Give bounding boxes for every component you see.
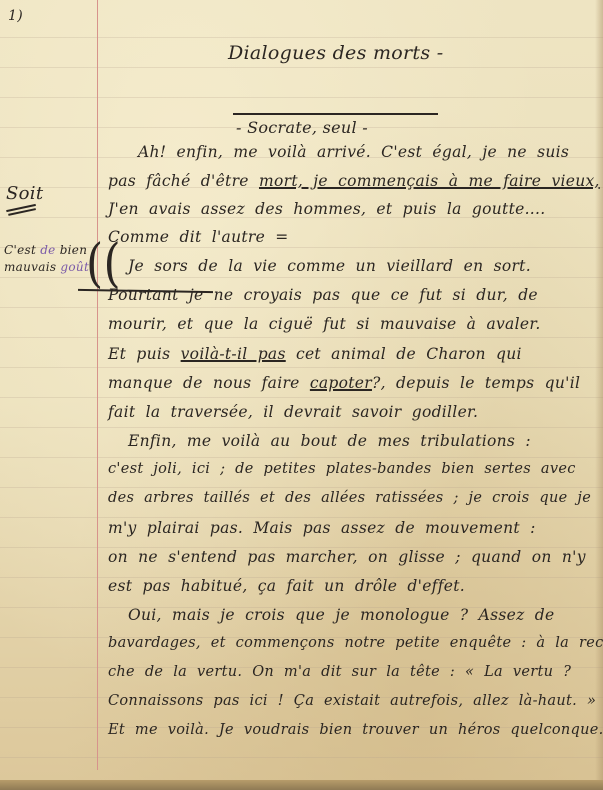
margin-note-taste-line2: mauvais goût. <box>4 260 93 274</box>
title-underline <box>233 113 438 115</box>
paper-bottom-edge <box>0 780 603 790</box>
page-title: Dialogues des morts - <box>228 42 443 64</box>
text-line: m'y plairai pas. Mais pas assez de mouve… <box>108 519 536 537</box>
text-line: fait la traversée, il devrait savoir god… <box>108 403 478 421</box>
text-line: Et me voilà. Je voudrais bien trouver un… <box>108 722 603 738</box>
text-line: Oui, mais je crois que je monologue ? As… <box>128 606 555 624</box>
scene-heading: - Socrate, seul - <box>236 118 368 137</box>
margin-note-soit: Soit <box>6 183 43 204</box>
text-line: J'en avais assez des hommes, et puis la … <box>108 200 546 218</box>
text-line: pas fâché d'être mort, je commençais à m… <box>108 172 600 190</box>
text-line: bavardages, et commençons notre petite e… <box>108 635 603 651</box>
text-line: c'est joli, ici ; de petites plates-band… <box>108 461 576 477</box>
text-line: Je sors de la vie comme un vieillard en … <box>128 257 531 275</box>
text-line: est pas habitué, ça fait un drôle d'effe… <box>108 577 465 595</box>
text-line: Ah! enfin, me voilà arrivé. C'est égal, … <box>138 143 569 161</box>
text-line: che de la vertu. On m'a dit sur la tête … <box>108 664 571 680</box>
text-line: manque de nous faire capoter?, depuis le… <box>108 374 580 392</box>
text-line: mourir, et que la ciguë fut si mauvaise … <box>108 315 541 333</box>
paper-edge-shadow <box>595 0 603 790</box>
text-line: Et puis voilà-t-il pas cet animal de Cha… <box>108 345 522 363</box>
page-number: 1) <box>8 8 23 24</box>
text-line: Pourtant je ne croyais pas que ce fut si… <box>108 286 538 304</box>
text-line: on ne s'entend pas marcher, on glisse ; … <box>108 548 586 566</box>
text-line: des arbres taillés et des allées ratissé… <box>108 490 591 506</box>
margin-rule <box>97 0 98 770</box>
manuscript-page: 1) Dialogues des morts - - Socrate, seul… <box>0 0 603 790</box>
text-line: Enfin, me voilà au bout de mes tribulati… <box>128 432 531 450</box>
margin-note-taste-line1: C'est de bien <box>4 243 87 257</box>
text-line: Comme dit l'autre = <box>108 228 289 246</box>
text-line: Connaissons pas ici ! Ça existait autref… <box>108 693 596 709</box>
